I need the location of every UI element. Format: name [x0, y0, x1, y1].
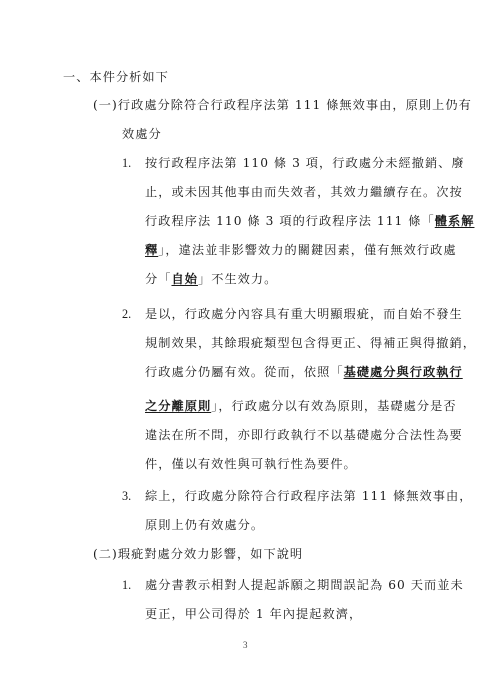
item-1-number: 1. — [122, 155, 131, 171]
sub2-item-1-number: 1. — [122, 577, 131, 593]
item-1-line5: 分「自始」不生效力。 — [145, 271, 277, 287]
item-1-line3-text: 行政程序法 110 條 3 項的行政程序法 111 條「 — [145, 214, 435, 228]
subsection-1-heading-line1: (一)行政處分除符合行政程序法第 111 條無效事由，原則上仍有 — [93, 97, 472, 113]
emphasis-system-interpretation-b: 釋 — [145, 243, 158, 257]
subsection-2-heading: (二)瑕疵對處分效力影響，如下說明 — [93, 546, 303, 562]
item-1-line5-post: 」不生效力。 — [198, 272, 277, 286]
section-heading: 一、本件分析如下 — [63, 69, 169, 85]
item-3-number: 3. — [122, 488, 131, 504]
item-1-line2: 止，或未因其他事由而失效者，其效力繼續存在。次按 — [145, 184, 463, 200]
item-2-number: 2. — [122, 306, 131, 322]
item-1-line3: 行政程序法 110 條 3 項的行政程序法 111 條「體系解 — [145, 213, 474, 229]
page-number: 3 — [243, 640, 248, 650]
item-2-line5: 違法在所不問，亦即行政執行不以基礎處分合法性為要 — [145, 427, 463, 443]
emphasis-ab-initio: 自始 — [171, 272, 197, 286]
subsection-1-heading-line2: 效處分 — [122, 126, 162, 142]
item-1-line5-pre: 分「 — [145, 272, 171, 286]
sub2-item-1-line1: 處分書教示相對人提起訴願之期間誤記為 60 天而並未 — [145, 577, 464, 593]
item-3-line1: 綜上，行政處分除符合行政程序法第 111 條無效事由， — [145, 488, 473, 504]
sub2-item-1-line2: 更正，甲公司得於 1 年內提起救濟， — [145, 606, 362, 622]
item-2-line3: 行政處分仍屬有效。從而，依照「基礎處分與行政執行 — [145, 364, 463, 380]
item-2-line4: 之分離原則」，行政處分以有效為原則，基礎處分是否 — [145, 398, 457, 414]
emphasis-system-interpretation-a: 體系解 — [435, 214, 475, 228]
item-2-line3-text: 行政處分仍屬有效。從而，依照「 — [145, 365, 344, 379]
item-2-line2: 規制效果，其餘瑕疵類型包含得更正、得補正與得撤銷， — [145, 335, 476, 351]
document-page: 一、本件分析如下 (一)行政處分除符合行政程序法第 111 條無效事由，原則上仍… — [0, 0, 495, 700]
item-2-line6: 件，僅以有效性與可執行性為要件。 — [145, 456, 357, 472]
emphasis-separation-principle-b: 之分離原則 — [145, 399, 211, 413]
item-2-line1: 是以，行政處分內容具有重大明顯瑕疵，而自始不發生 — [145, 306, 463, 322]
emphasis-separation-principle-a: 基礎處分與行政執行 — [344, 365, 463, 379]
item-1-line1: 按行政程序法第 110 條 3 項，行政處分未經撤銷、廢 — [145, 155, 465, 171]
item-1-line4-text: 」，違法並非影響效力的關鍵因素，僅有無效行政處 — [158, 243, 456, 257]
item-3-line2: 原則上仍有效處分。 — [145, 517, 264, 533]
item-1-line4: 釋」，違法並非影響效力的關鍵因素，僅有無效行政處 — [145, 242, 457, 258]
item-2-line4-text: 」，行政處分以有效為原則，基礎處分是否 — [211, 399, 456, 413]
